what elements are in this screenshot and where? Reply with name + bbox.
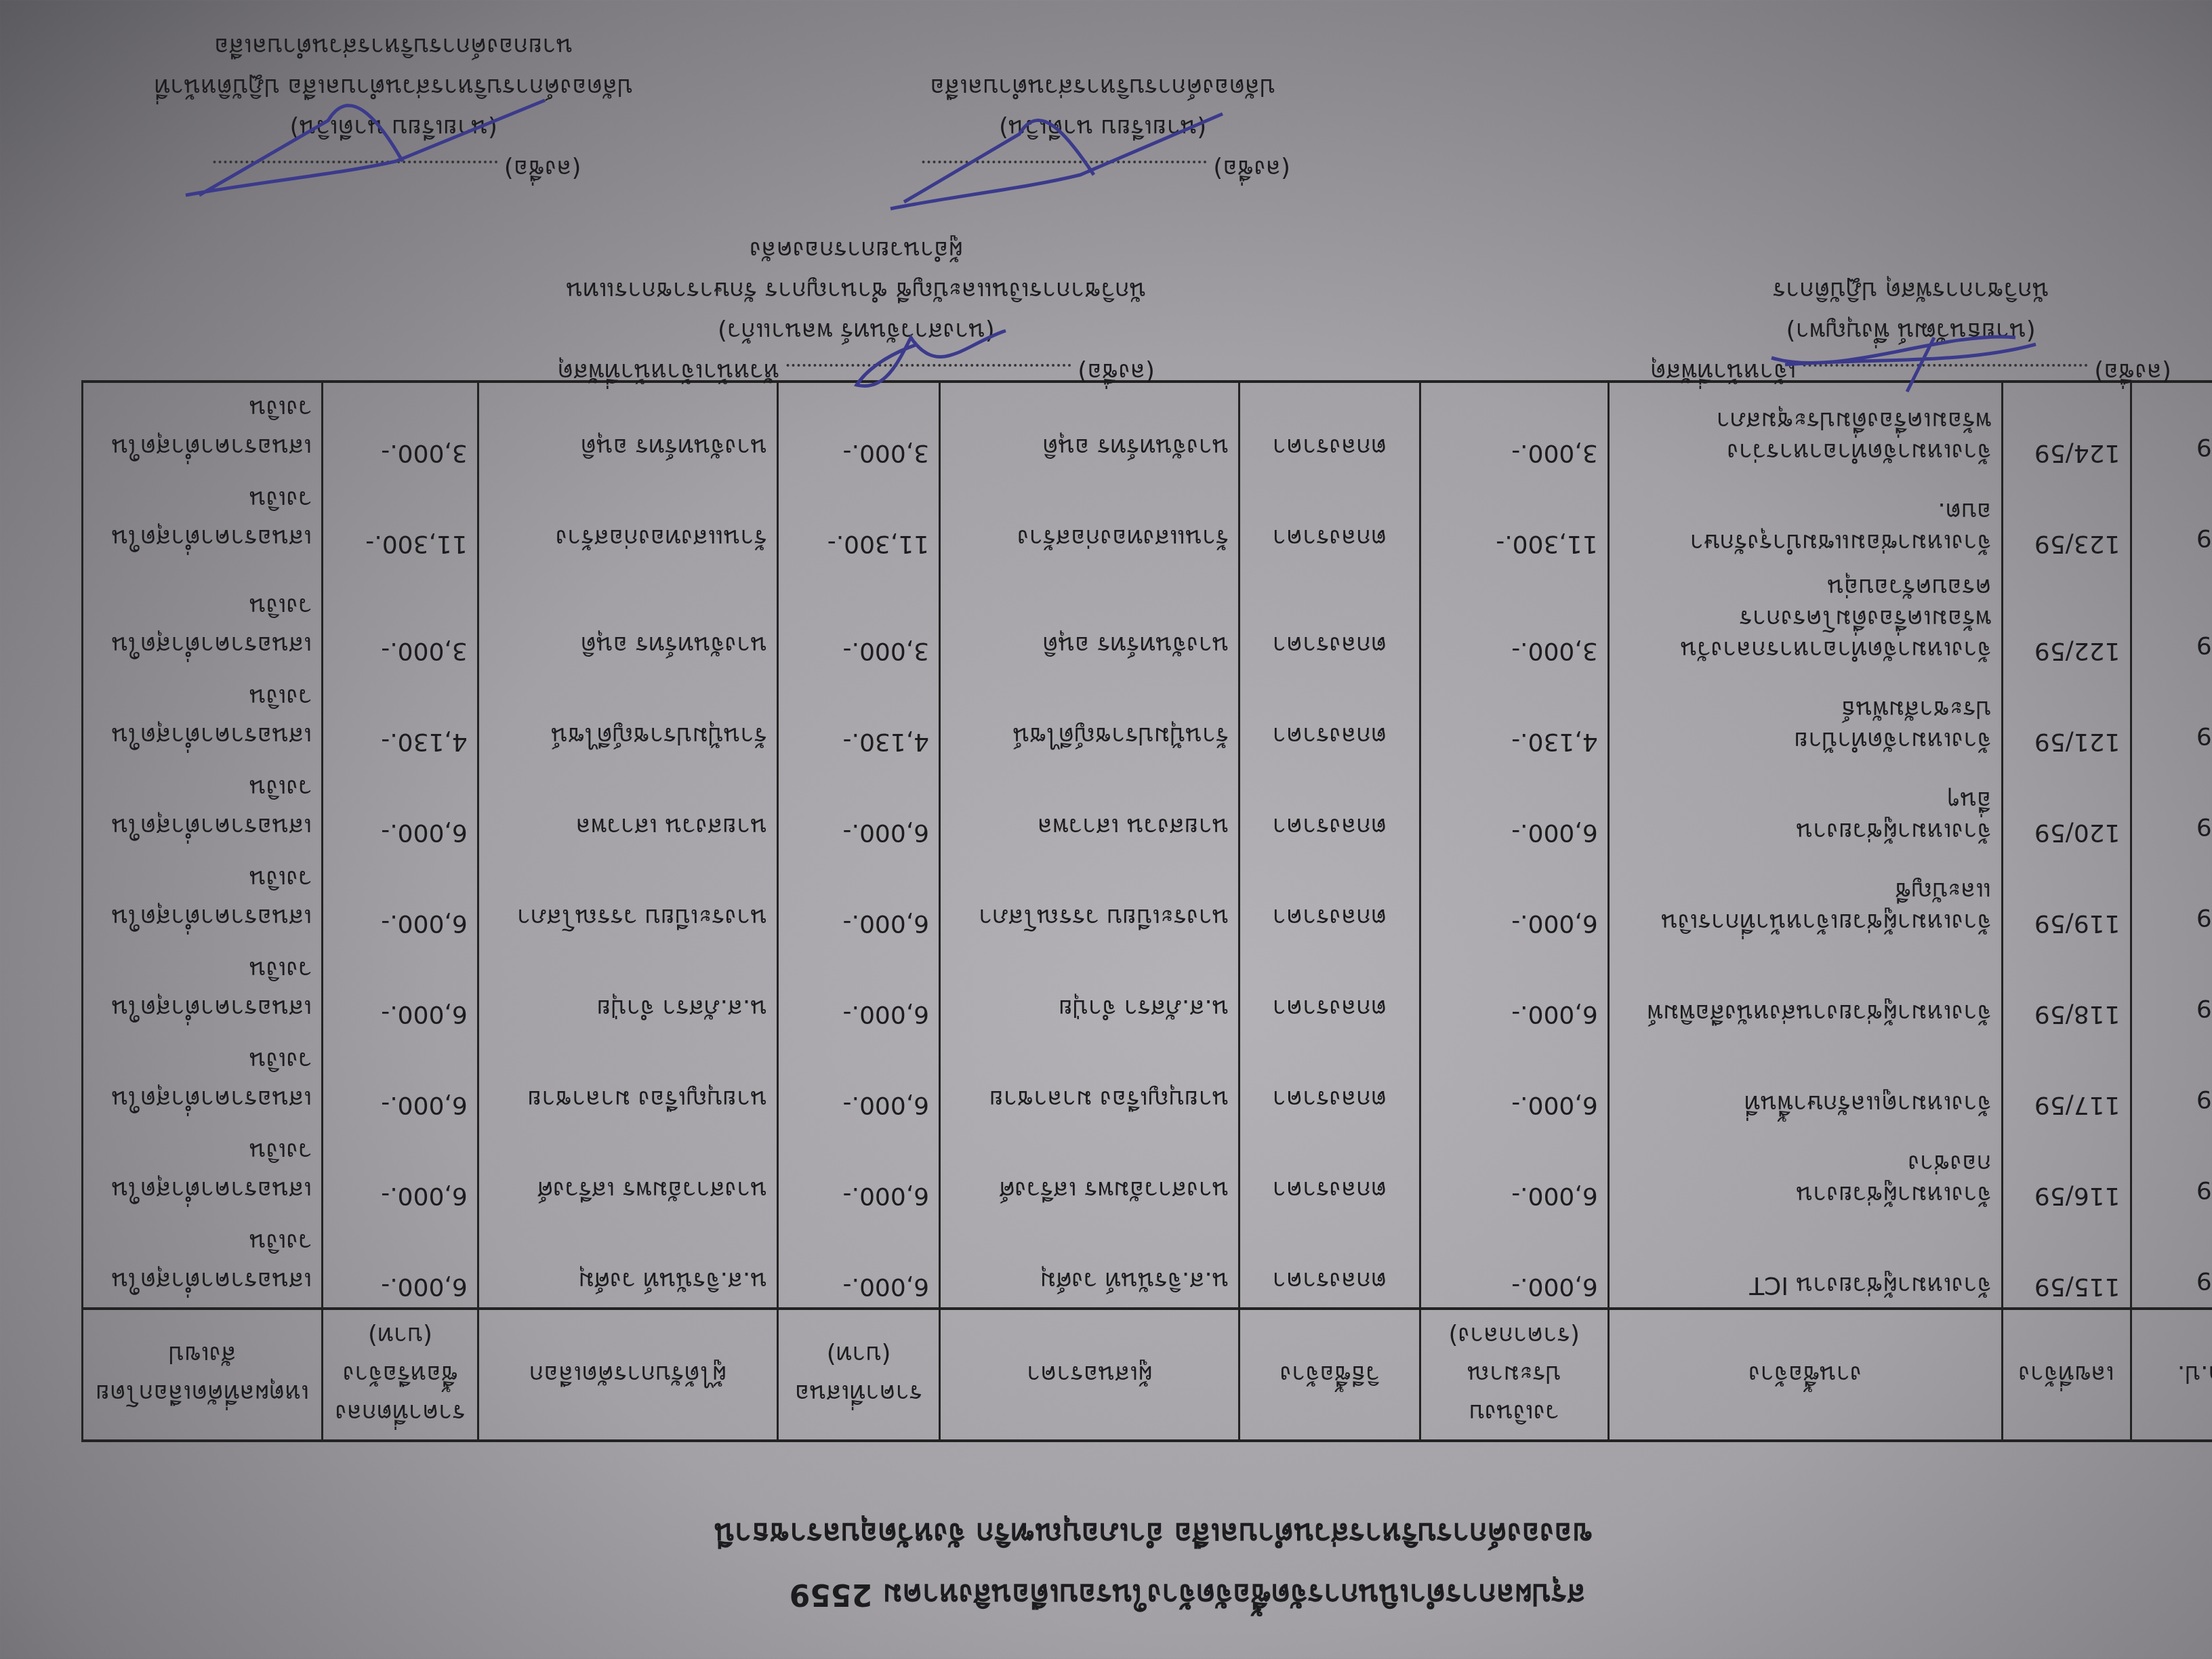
header-bidder: ผู้เสนอราคา [940,1309,1240,1441]
cell-winner: ร้านปุ้มปราชญ์ดีไซน์ [478,672,777,762]
work-description-line: จ้างเหมาจัดทำป้าย [1619,724,1992,756]
cell-budget: 6,000.- [1420,1216,1608,1309]
cell-budget: 6,000.- [1420,944,1608,1035]
cell-work: จ้างเหมาผู้ช่วยงานอื่นๆ [1608,762,2002,853]
cell-budget: 11,300.- [1420,474,1608,565]
cell-bid-price: 6,000.- [777,944,939,1035]
header-bid-price: ราคาที่เสนอ (บาท) [777,1309,939,1441]
work-description-line: จ้างเหมาผู้ช่วยงานส่งหนังสือพิมพ์ [1619,997,1992,1028]
header-agreed-price: ราคาที่ตกลงซื้อหรือจ้าง (บาท) [323,1309,478,1441]
handwritten-signature-icon [172,87,552,216]
work-description-line: ประชาสัมพันธ์ [1619,693,1992,724]
cell-reason: เสนอราคาต่ำสุดในวงเงิน [83,1035,323,1126]
cell-reason: เสนอราคาต่ำสุดในวงเงิน [83,565,323,672]
cell-agreed-price: 6,000.- [323,944,478,1035]
cell-work: จ้างเหมาผู้ช่วยงาน ICT [1608,1216,2002,1309]
table-header-row: ว.ด.ป. เลขที่จ้าง งานซื้อจ้าง วงเงินงบปร… [83,1309,2212,1441]
work-description-line: จ้างเหมาผู้ช่วยเจ้าหน้าที่การเงินและบัญช… [1619,875,1992,937]
work-description-line: จ้างเหมาดูแลรักษาพื้นที่ [1619,1088,1992,1119]
cell-reason: เสนอราคาต่ำสุดในวงเงิน [83,1216,323,1309]
cell-bidder: นางจันทร์ทร อนุดิ [940,565,1240,672]
cell-date: ส.ค. 59 [2131,672,2212,762]
cell-bid-price: 6,000.- [777,853,939,944]
cell-winner: น.ส.จิรนันท์ วงศ์มุ [478,1216,777,1309]
cell-method: ตกลงราคา [1240,474,1420,565]
header-contract-no: เลขที่จ้าง [2002,1309,2131,1441]
cell-bidder: นายสงวน เสาวพล [940,762,1240,853]
cell-bidder: ร้านปุ้มปราชญ์ดีไซน์ [940,672,1240,762]
cell-method: ตกลงราคา [1240,672,1420,762]
cell-budget: 3,000.- [1420,382,1608,474]
work-description-line: พร้อมเครื่องดื่มประชุมสภา [1619,405,1992,436]
cell-budget: 3,000.- [1420,565,1608,672]
work-description-line: จ้างเหมาผู้ช่วยงาน [1619,815,1992,846]
cell-agreed-price: 6,000.- [323,853,478,944]
cell-date: ส.ค. 59 [2131,565,2212,672]
table-row: ส.ค. 59115/59จ้างเหมาผู้ช่วยงาน ICT6,000… [83,1216,2212,1309]
cell-method: ตกลงราคา [1240,853,1420,944]
cell-method: ตกลงราคา [1240,762,1420,853]
cell-bidder: น.ส.ภัสรา จำปุ่ย [940,944,1240,1035]
cell-agreed-price: 6,000.- [323,1126,478,1216]
work-description-line: อบต. [1619,495,1992,527]
table-row: ส.ค. 59116/59จ้างเหมาผู้ช่วยงานกองช่าง6,… [83,1126,2212,1216]
document-subtitle: ขององค์การบริหารส่วนตำบลเสือ อำเภอบุณฑริ… [47,1510,2212,1557]
cell-date: ส.ค. 59 [2131,762,2212,853]
cell-budget: 4,130.- [1420,672,1608,762]
table-body: ส.ค. 59115/59จ้างเหมาผู้ช่วยงาน ICT6,000… [83,382,2212,1309]
cell-date: ส.ค. 59 [2131,853,2212,944]
cell-contract-no: 119/59 [2002,853,2131,944]
cell-agreed-price: 4,130.- [323,672,478,762]
header-budget: วงเงินงบประมาณ (ราคากลาง) [1420,1309,1608,1441]
signer-title: นักวิชาการเงินและบัญชี ชำนาญการ รักษาราช… [558,270,1155,310]
work-description-line: กองช่าง [1619,1147,1992,1179]
cell-method: ตกลงราคา [1240,565,1420,672]
cell-contract-no: 117/59 [2002,1035,2131,1126]
cell-reason: เสนอราคาต่ำสุดในวงเงิน [83,382,323,474]
cell-contract-no: 123/59 [2002,474,2131,565]
cell-work: จ้างเหมาผู้ช่วยงานส่งหนังสือพิมพ์ [1608,944,2002,1035]
cell-winner: ร้านแสงทองก่อสร้าง [478,474,777,565]
cell-winner: นางจันทร์ทร อนุดิ [478,565,777,672]
cell-work: จ้างเหมาจัดทำอาหารกลางวันพร้อมเครื่องดื่… [1608,565,2002,672]
cell-work: จ้างเหมาผู้ช่วยเจ้าหน้าที่การเงินและบัญช… [1608,853,2002,944]
cell-contract-no: 118/59 [2002,944,2131,1035]
table-row: ส.ค. 59121/59จ้างเหมาจัดทำป้ายประชาสัมพั… [83,672,2212,762]
cell-bidder: น.ส.จิรนันท์ วงศ์มุ [940,1216,1240,1309]
work-description-line: ครอบครัวอบอุ่น [1619,571,1992,602]
table-row: ส.ค. 59123/59จ้างเหมาซ่อมแซมบำรุงรักษาอบ… [83,474,2212,565]
procurement-table: ว.ด.ป. เลขที่จ้าง งานซื้อจ้าง วงเงินงบปร… [81,380,2212,1442]
cell-winner: นางระเบียบ วรรณโสภา [478,853,777,944]
cell-agreed-price: 11,300.- [323,474,478,565]
cell-reason: เสนอราคาต่ำสุดในวงเงิน [83,853,323,944]
cell-date: ส.ค. 59 [2131,1216,2212,1309]
cell-reason: เสนอราคาต่ำสุดในวงเงิน [83,474,323,565]
header-reason: เหตุผลที่คัดเลือกโดยสังเขป [83,1309,323,1441]
signer-title: นายกองค์การบริหารส่วนตำบลเสือ [154,26,633,66]
cell-date: ส.ค. 59 [2131,1035,2212,1126]
cell-work: จ้างเหมาจัดทำป้ายประชาสัมพันธ์ [1608,672,2002,762]
cell-work: จ้างเหมาผู้ช่วยงานกองช่าง [1608,1126,2002,1216]
cell-winner: นายสงวน เสาวพล [478,762,777,853]
cell-method: ตกลงราคา [1240,1216,1420,1309]
cell-budget: 6,000.- [1420,1035,1608,1126]
cell-reason: เสนอราคาต่ำสุดในวงเงิน [83,1126,323,1216]
table-row: ส.ค. 59117/59จ้างเหมาดูแลรักษาพื้นที่6,0… [83,1035,2212,1126]
cell-method: ตกลงราคา [1240,944,1420,1035]
handwritten-signature-icon [877,94,1229,216]
cell-date: ส.ค. 59 [2131,474,2212,565]
cell-bid-price: 4,130.- [777,672,939,762]
table-row: ส.ค. 59122/59จ้างเหมาจัดทำอาหารกลางวันพร… [83,565,2212,672]
cell-bid-price: 3,000.- [777,565,939,672]
work-description-line: จ้างเหมาซ่อมแซมบำรุงรักษา [1619,527,1992,558]
cell-contract-no: 120/59 [2002,762,2131,853]
cell-bidder: ร้านแสงทองก่อสร้าง [940,474,1240,565]
cell-bid-price: 6,000.- [777,762,939,853]
table-row: ส.ค. 59119/59จ้างเหมาผู้ช่วยเจ้าหน้าที่ก… [83,853,2212,944]
cell-method: ตกลงราคา [1240,382,1420,474]
header-winner: ผู้ได้รับการคัดเลือก [478,1309,777,1441]
cell-contract-no: 121/59 [2002,672,2131,762]
cell-work: จ้างเหมาซ่อมแซมบำรุงรักษาอบต. [1608,474,2002,565]
cell-contract-no: 122/59 [2002,565,2131,672]
cell-reason: เสนอราคาต่ำสุดในวงเงิน [83,672,323,762]
cell-winner: นางสาวอัมพร เสรีวงศ์ [478,1126,777,1216]
table-row: ส.ค. 59120/59จ้างเหมาผู้ช่วยงานอื่นๆ6,00… [83,762,2212,853]
cell-bid-price: 11,300.- [777,474,939,565]
cell-bid-price: 6,000.- [777,1035,939,1126]
cell-winner: นายบุญเรือง มาลาชาย [478,1035,777,1126]
cell-reason: เสนอราคาต่ำสุดในวงเงิน [83,944,323,1035]
document-title: สรุปผลการดำเนินการจัดซื้อจัดจ้างในรอบเดื… [81,1571,2212,1618]
cell-method: ตกลงราคา [1240,1035,1420,1126]
cell-bidder: นางระเบียบ วรรณโสภา [940,853,1240,944]
cell-bid-price: 6,000.- [777,1126,939,1216]
cell-agreed-price: 6,000.- [323,1035,478,1126]
cell-budget: 6,000.- [1420,853,1608,944]
cell-agreed-price: 3,000.- [323,565,478,672]
cell-agreed-price: 6,000.- [323,1216,478,1309]
header-date: ว.ด.ป. [2131,1309,2212,1441]
cell-work: จ้างเหมาดูแลรักษาพื้นที่ [1608,1035,2002,1126]
signer-title: ผู้อำนวยการกองคลัง [558,229,1155,270]
cell-bidder: นายบุญเรือง มาลาชาย [940,1035,1240,1126]
cell-contract-no: 115/59 [2002,1216,2131,1309]
work-description-line: จ้างเหมาจัดทำอาหารกลางวัน [1619,634,1992,665]
cell-date: ส.ค. 59 [2131,1126,2212,1216]
header-method: วิธีซื้อจ้าง [1240,1309,1420,1441]
work-description-line: จ้างเหมาผู้ช่วยงาน ICT [1619,1269,1992,1300]
cell-budget: 6,000.- [1420,1126,1608,1216]
cell-method: ตกลงราคา [1240,1126,1420,1216]
header-work: งานซื้อจ้าง [1608,1309,2002,1441]
cell-date: ส.ค. 59 [2131,382,2212,474]
cell-budget: 6,000.- [1420,762,1608,853]
cell-winner: น.ส.ภัสรา จำปุ่ย [478,944,777,1035]
work-description-line: จ้างเหมาจัดทำอาหารว่าง [1619,436,1992,467]
cell-agreed-price: 6,000.- [323,762,478,853]
handwritten-signature-icon [816,310,1019,405]
handwritten-signature-icon [1758,324,2043,405]
cell-bid-price: 6,000.- [777,1216,939,1309]
cell-agreed-price: 3,000.- [323,382,478,474]
cell-bidder: นางสาวอัมพร เสรีวงศ์ [940,1126,1240,1216]
work-description-line: อื่นๆ [1619,784,1992,815]
document-page: สรุปผลการดำเนินการจัดซื้อจัดจ้างในรอบเดื… [0,0,2212,1659]
cell-contract-no: 116/59 [2002,1126,2131,1216]
table-row: ส.ค. 59118/59จ้างเหมาผู้ช่วยงานส่งหนังสื… [83,944,2212,1035]
cell-winner: นางจันทร์ทร อนุดิ [478,382,777,474]
cell-reason: เสนอราคาต่ำสุดในวงเงิน [83,762,323,853]
work-description-line: พร้อมเครื่องดื่มโครงการ [1619,602,1992,634]
signer-title: นักวิชาการพัสดุ ปฏิบัติการ [1650,270,2171,310]
cell-date: ส.ค. 59 [2131,944,2212,1035]
work-description-line: จ้างเหมาผู้ช่วยงาน [1619,1179,1992,1210]
